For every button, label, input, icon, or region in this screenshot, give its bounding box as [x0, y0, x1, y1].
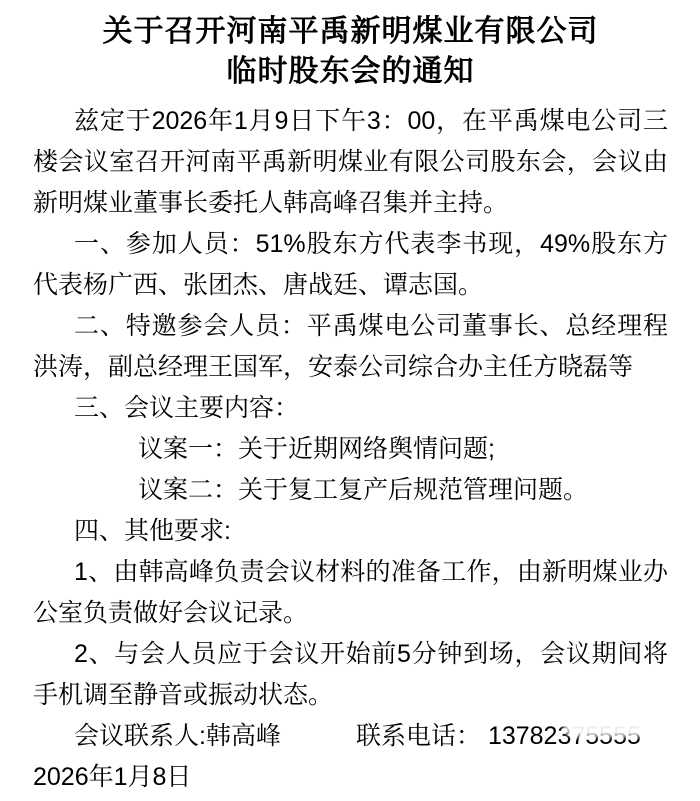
- contact-name: 韩高峰: [206, 722, 281, 750]
- document-title: 关于召开河南平禹新明煤业有限公司 临时股东会的通知: [33, 12, 668, 92]
- phone-number-obscured: 75555: [571, 716, 641, 757]
- paragraph-agenda-heading: 三、会议主要内容：: [33, 388, 668, 429]
- paragraph-requirement-2: 2、与会人员应于会议开始前5分钟到场，会议期间将手机调至静音或振动状态。: [33, 634, 668, 716]
- paragraph-opening: 兹定于2026年1月9日下午3：00，在平禹煤电公司三楼会议室召开河南平禹新明煤…: [33, 101, 668, 224]
- paragraph-agenda-item-1: 议案一：关于近期网络舆情问题;: [33, 429, 668, 470]
- paragraph-invited-guests: 二、特邀参会人员：平禹煤电公司董事长、总经理程洪涛，副总经理王国军，安泰公司综合…: [33, 306, 668, 388]
- date-line: 2026年1月8日: [33, 757, 668, 798]
- paragraph-agenda-item-2: 议案二：关于复工复产后规范管理问题。: [33, 470, 668, 511]
- phone-number-visible: 137823: [488, 722, 571, 750]
- notice-document-page: 关于召开河南平禹新明煤业有限公司 临时股东会的通知 兹定于2026年1月9日下午…: [0, 0, 700, 801]
- paragraph-other-requirements-heading: 四、其他要求:: [33, 511, 668, 552]
- document-title-line2: 临时股东会的通知: [33, 52, 668, 92]
- paragraph-attendees: 一、参加人员：51%股东方代表李书现，49%股东方代表杨广西、张团杰、唐战廷、谭…: [33, 224, 668, 306]
- paragraph-requirement-1: 1、由韩高峰负责会议材料的准备工作，由新明煤业办公室负责做好会议记录。: [33, 552, 668, 634]
- contact-info: 会议联系人:韩高峰: [74, 716, 281, 757]
- document-title-line1: 关于召开河南平禹新明煤业有限公司: [33, 12, 668, 52]
- document-body: 兹定于2026年1月9日下午3：00，在平禹煤电公司三楼会议室召开河南平禹新明煤…: [33, 101, 668, 798]
- contact-label: 会议联系人:: [74, 722, 206, 750]
- phone-redaction-overlay: [567, 708, 653, 733]
- contact-row: 会议联系人:韩高峰 联系电话： 13782375555: [33, 716, 668, 757]
- phone-info: 联系电话： 13782375555: [356, 716, 641, 757]
- phone-label: 联系电话：: [356, 722, 481, 750]
